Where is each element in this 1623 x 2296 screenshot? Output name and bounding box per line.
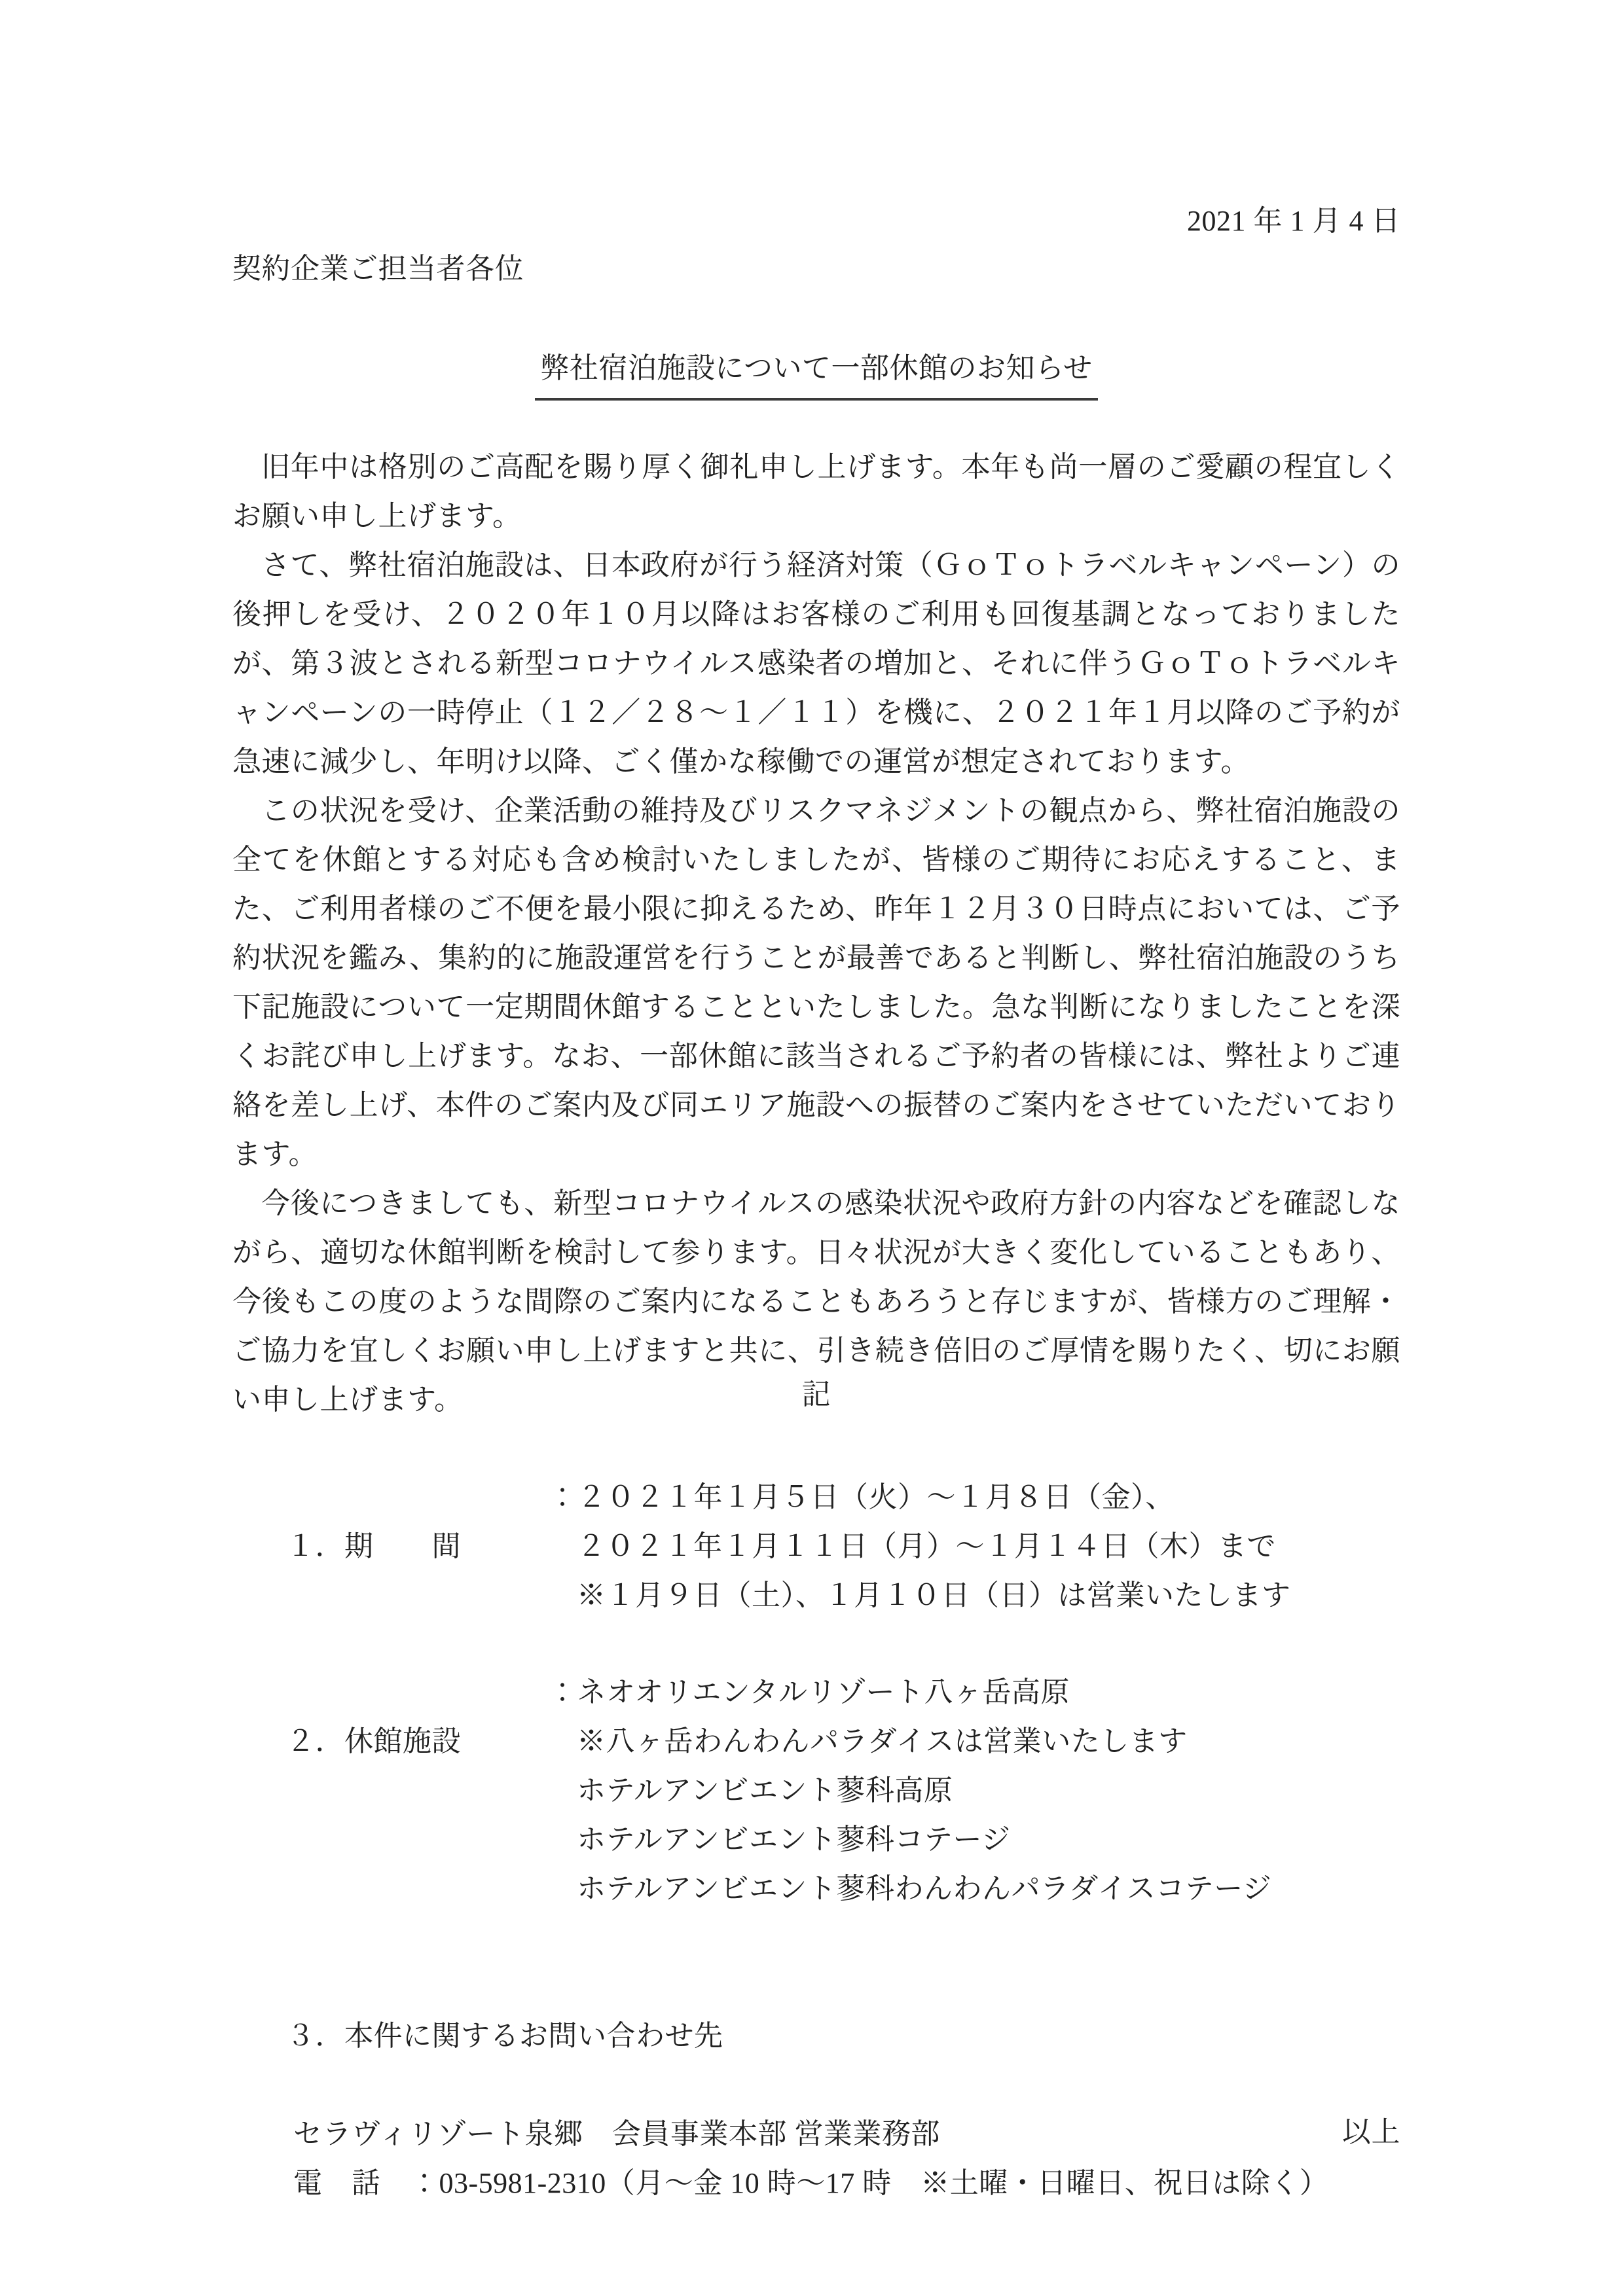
paragraph-decision: この状況を受け、企業活動の維持及びリスクマネジメントの観点から、弊社宿泊施設の全… bbox=[232, 786, 1400, 1179]
page-title: 弊社宿泊施設について一部休館のお知らせ bbox=[535, 344, 1097, 401]
item-number: １． bbox=[286, 1530, 344, 1562]
item-line: ホテルアンビエント蓼科高原 bbox=[548, 1766, 1400, 1815]
item-label-text: 期 間 bbox=[344, 1530, 461, 1562]
item-content-facilities: ：ネオオリエンタルリゾート八ヶ岳高原 ※八ヶ岳わんわんパラダイスは営業いたします… bbox=[548, 1668, 1400, 1913]
notation-marker: 記 bbox=[232, 1370, 1400, 1419]
item-line: ※１月９日（土）、１月１０日（日）は営業いたします bbox=[548, 1571, 1400, 1620]
list-item-period: １．期 間 ：２０２１年１月５日（火）～１月８日（金）、 ２０２１年１月１１日（… bbox=[232, 1473, 1400, 1620]
item-line: ホテルアンビエント蓼科わんわんパラダイスコテージ bbox=[548, 1864, 1400, 1913]
item-line: ２０２１年１月１１日（月）～１月１４日（木）まで bbox=[548, 1522, 1400, 1571]
item-label-contact: ３．本件に関するお問い合わせ先 bbox=[241, 1962, 1400, 2109]
item-colon: ： bbox=[548, 1481, 577, 1513]
item-number: ３． bbox=[286, 2020, 344, 2052]
item-line-text: ネオオリエンタルリゾート八ヶ岳高原 bbox=[577, 1676, 1070, 1708]
item-label-text: 本件に関するお問い合わせ先 bbox=[344, 2020, 723, 2052]
item-colon: ： bbox=[548, 1676, 577, 1708]
item-label-text: 休館施設 bbox=[344, 1725, 461, 1757]
item-line: ：２０２１年１月５日（火）～１月８日（金）、 bbox=[548, 1473, 1400, 1522]
closing-marker: 以上 bbox=[232, 2108, 1400, 2157]
list-item-closed-facilities: ２．休館施設 ：ネオオリエンタルリゾート八ヶ岳高原 ※八ヶ岳わんわんパラダイスは… bbox=[232, 1668, 1400, 1913]
item-line: ：ネオオリエンタルリゾート八ヶ岳高原 bbox=[548, 1668, 1400, 1717]
item-content-period: ：２０２１年１月５日（火）～１月８日（金）、 ２０２１年１月１１日（月）～１月１… bbox=[548, 1473, 1400, 1620]
title-wrap: 弊社宿泊施設について一部休館のお知らせ bbox=[232, 344, 1400, 401]
item-line: ホテルアンビエント蓼科コテージ bbox=[548, 1815, 1400, 1864]
item-label-period: １．期 間 bbox=[241, 1473, 548, 1620]
paragraph-greeting: 旧年中は格別のご高配を賜り厚く御礼申し上げます。本年も尚一層のご愛顧の程宜しくお… bbox=[232, 442, 1400, 541]
recipient-line: 契約企業ご担当者各位 bbox=[232, 244, 1400, 293]
paragraph-background: さて、弊社宿泊施設は、日本政府が行う経済対策（ＧｏＴｏトラベルキャンペーン）の後… bbox=[232, 541, 1400, 786]
item-line-text: ２０２１年１月５日（火）～１月８日（金）、 bbox=[577, 1481, 1175, 1513]
contact-phone: 電 話 ：03-5981-2310（月～金 10 時～17 時 ※土曜・日曜日、… bbox=[241, 2159, 1400, 2208]
item-line: ※八ヶ岳わんわんパラダイスは営業いたします bbox=[548, 1717, 1400, 1766]
body-paragraphs: 旧年中は格別のご高配を賜り厚く御礼申し上げます。本年も尚一層のご愛顧の程宜しくお… bbox=[232, 442, 1400, 1424]
item-number: ２． bbox=[286, 1725, 344, 1757]
document-page: 2021 年 1 月 4 日 契約企業ご担当者各位 弊社宿泊施設について一部休館… bbox=[0, 0, 1623, 2296]
list-item-contact: ３．本件に関するお問い合わせ先 セラヴィリゾート泉郷 会員事業本部 営業業務部 … bbox=[232, 1962, 1400, 2208]
date-line: 2021 年 1 月 4 日 bbox=[232, 196, 1400, 245]
item-label-facilities: ２．休館施設 bbox=[241, 1668, 548, 1913]
